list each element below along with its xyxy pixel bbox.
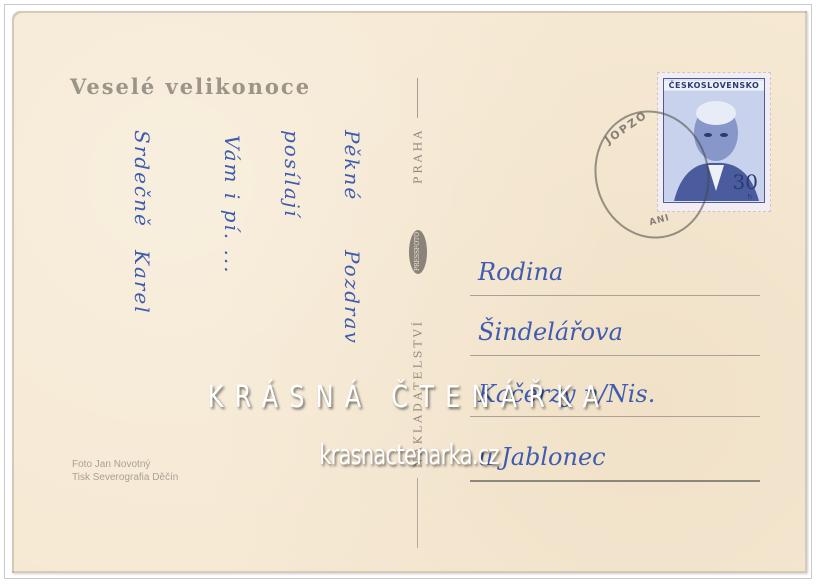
stamp-country: ČESKOSLOVENSKO — [664, 81, 764, 90]
address-line-4 — [470, 480, 760, 482]
greeting-heading: Veselé velikonoce — [70, 74, 311, 99]
message-col-2: Pozdrav — [340, 250, 364, 345]
address-line-2 — [470, 355, 760, 356]
message-col-1: Pěkné — [340, 130, 364, 201]
pressfoto-logo-icon: PRESSFOTO — [409, 230, 427, 274]
postage-stamp: ČESKOSLOVENSKO 30 h — [657, 72, 771, 212]
message-col-5: Srdečně — [130, 130, 154, 228]
address-name: Šindelářova — [478, 318, 623, 346]
address-region: u Jablonec — [478, 443, 606, 471]
publisher-city: PRAHA — [412, 128, 425, 184]
divider-bottom — [417, 478, 418, 548]
stamp-unit: h — [748, 193, 752, 201]
publisher-text: NAKLADATELSTVÍ PRESSFOTO PRAHA — [409, 128, 427, 468]
publisher-label: NAKLADATELSTVÍ — [412, 319, 425, 468]
divider-top — [417, 78, 418, 118]
message-col-3: posílají — [280, 130, 304, 218]
address-line-1 — [470, 295, 760, 296]
stamp-value: 30 — [733, 170, 758, 194]
address-line-3 — [470, 416, 760, 417]
message-col-4: Vám i pí. ... — [220, 135, 244, 275]
address-recipient: Rodina — [478, 258, 563, 286]
print-credits: Foto Jan Novotný Tisk Severografia Děčín — [72, 458, 178, 484]
printer-credit: Tisk Severografia Děčín — [72, 471, 178, 484]
address-town: Kačerzy n/Nis. — [478, 380, 655, 408]
photo-credit: Foto Jan Novotný — [72, 458, 178, 471]
message-col-6: Karel — [130, 250, 154, 315]
